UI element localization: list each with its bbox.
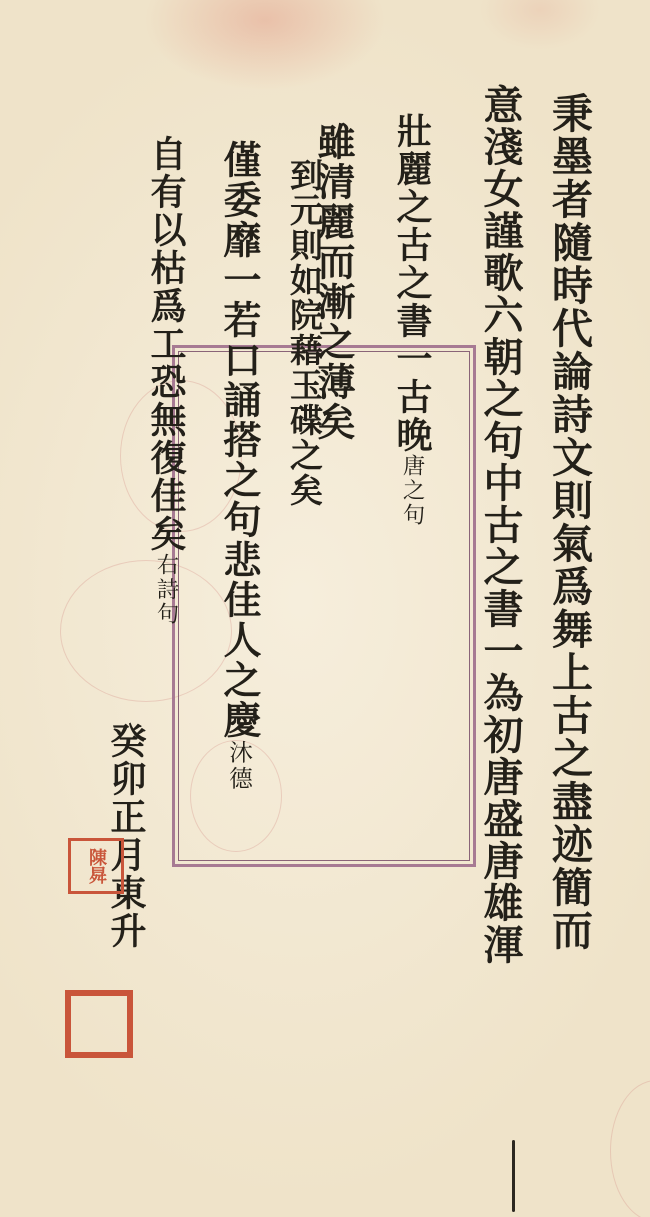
signature-text: 癸卯正月東升	[105, 722, 147, 950]
column-note: 沐德	[225, 740, 253, 791]
paper-stain	[610, 1080, 650, 1217]
column-text: 秉墨者隨時代論詩文則氣爲舞上古之盡迹簡而	[545, 92, 593, 952]
seal-text: 陳曻	[87, 848, 105, 884]
manuscript-paper: 秉墨者隨時代論詩文則氣爲舞上古之盡迹簡而 意淺女謹歌六朝之句中古之書一為初唐盛唐…	[0, 0, 650, 1217]
text-column-3: 壯麗之古之書一古晚唐之句	[394, 112, 430, 527]
column-text: 壯麗之古之書一古晚	[391, 112, 433, 454]
text-column-5: 到元則如院藉玉碟之矣	[288, 158, 321, 508]
column-note: 唐之句	[399, 454, 425, 527]
column-text: 意淺女謹歌六朝之句中古之書一為初唐盛唐雄渾	[477, 84, 524, 966]
column-text: 到元則如院藉玉碟之矣	[285, 158, 324, 508]
text-column-6: 僅委靡一若口誦搭之句悲佳人之慶沐德	[220, 140, 258, 791]
column-note: 右詩句	[153, 553, 179, 626]
text-column-7: 自有以枯爲工恐無復佳矣右詩句	[148, 135, 184, 626]
signature: 癸卯正月東升	[108, 722, 144, 950]
blank-seal	[65, 990, 133, 1058]
name-seal: 陳曻	[68, 838, 124, 894]
column-text: 自有以枯爲工恐無復佳矣	[145, 135, 187, 553]
text-column-1: 秉墨者隨時代論詩文則氣爲舞上古之盡迹簡而	[548, 92, 589, 952]
text-column-2: 意淺女謹歌六朝之句中古之書一為初唐盛唐雄渾	[480, 84, 520, 966]
trailing-brush-stroke	[512, 1140, 515, 1212]
column-text: 僅委靡一若口誦搭之句悲佳人之慶	[217, 140, 262, 740]
